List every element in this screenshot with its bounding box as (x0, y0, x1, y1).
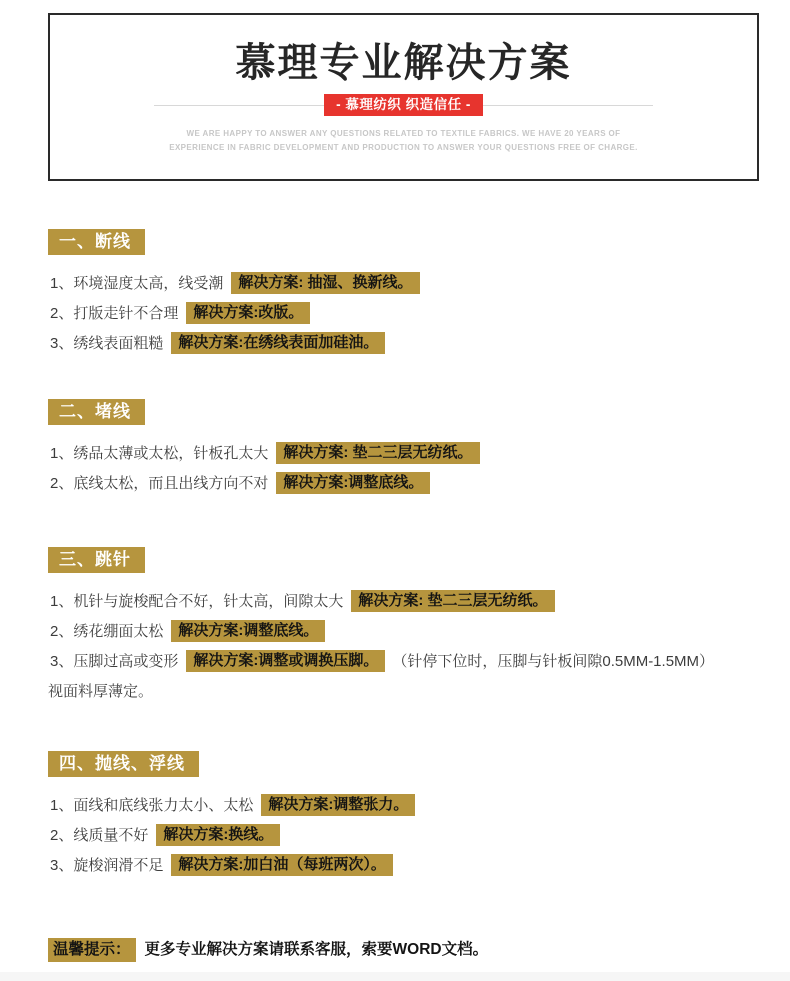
list-item: 3、压脚过高或变形解决方案:调整或调换压脚。（针停下位时，压脚与针板间隙0.5M… (48, 647, 748, 707)
solution-highlight: 解决方案:换线。 (156, 824, 280, 846)
solution-highlight: 解决方案:加白油（每班两次）。 (171, 854, 393, 876)
brand-badge-row: - 慕理纺织 织造信任 - (50, 94, 757, 116)
section-thread-jam: 二、堵线 1、绣品太薄或太松，针板孔太大解决方案: 垫二三层无纺纸。 2、底线太… (48, 399, 748, 499)
section-skipped-stitch: 三、跳针 1、机针与旋梭配合不好，针太高，间隙太大解决方案: 垫二三层无纺纸。 … (48, 547, 748, 707)
section-items-1: 1、环境湿度太高，线受潮解决方案: 抽湿、换新线。 2、打版走针不合理解决方案:… (48, 269, 748, 359)
solution-highlight: 解决方案:改版。 (186, 302, 310, 324)
section-title-1: 一、断线 (48, 229, 145, 255)
intro-line-1: WE ARE HAPPY TO ANSWER ANY QUESTIONS REL… (50, 127, 757, 141)
note-continuation: 视面料厚薄定。 (48, 677, 748, 707)
list-item: 3、旋梭润滑不足解决方案:加白油（每班两次）。 (48, 851, 748, 881)
section-items-2: 1、绣品太薄或太松，针板孔太大解决方案: 垫二三层无纺纸。 2、底线太松，而且出… (48, 439, 748, 499)
list-item: 3、绣线表面粗糙解决方案:在绣线表面加硅油。 (48, 329, 748, 359)
solution-highlight: 解决方案: 抽湿、换新线。 (231, 272, 419, 294)
solution-highlight: 解决方案:调整或调换压脚。 (186, 650, 385, 672)
tip-row: 温馨提示：更多专业解决方案请联系客服，索要WORD文档。 (48, 937, 748, 963)
page-title: 慕理专业解决方案 (50, 41, 757, 85)
solution-highlight: 解决方案: 垫二三层无纺纸。 (276, 442, 479, 464)
main-content: 一、断线 1、环境湿度太高，线受潮解决方案: 抽湿、换新线。 2、打版走针不合理… (48, 181, 748, 963)
list-item: 1、机针与旋梭配合不好，针太高，间隙太大解决方案: 垫二三层无纺纸。 (48, 587, 748, 617)
problem-text: 2、打版走针不合理 (48, 305, 178, 322)
intro-line-2: EXPERIENCE IN FABRIC DEVELOPMENT AND PRO… (50, 141, 757, 155)
section-items-4: 1、面线和底线张力太小、太松解决方案:调整张力。 2、线质量不好解决方案:换线。… (48, 791, 748, 881)
list-item: 2、底线太松，而且出线方向不对解决方案:调整底线。 (48, 469, 748, 499)
problem-text: 3、绣线表面粗糙 (48, 335, 163, 352)
problem-text: 1、环境湿度太高，线受潮 (48, 275, 223, 292)
list-item: 2、绣花绷面太松解决方案:调整底线。 (48, 617, 748, 647)
section-thread-breaking: 一、断线 1、环境湿度太高，线受潮解决方案: 抽湿、换新线。 2、打版走针不合理… (48, 229, 748, 359)
section-items-3: 1、机针与旋梭配合不好，针太高，间隙太大解决方案: 垫二三层无纺纸。 2、绣花绷… (48, 587, 748, 707)
problem-text: 1、面线和底线张力太小、太松 (48, 797, 253, 814)
section-loose-thread: 四、抛线、浮线 1、面线和底线张力太小、太松解决方案:调整张力。 2、线质量不好… (48, 751, 748, 881)
problem-text: 3、压脚过高或变形 (48, 653, 178, 670)
section-title-2: 二、堵线 (48, 399, 145, 425)
solution-highlight: 解决方案: 垫二三层无纺纸。 (351, 590, 554, 612)
solution-highlight: 解决方案:调整底线。 (276, 472, 430, 494)
list-item: 1、绣品太薄或太松，针板孔太大解决方案: 垫二三层无纺纸。 (48, 439, 748, 469)
tip-text: 更多专业解决方案请联系客服，索要WORD文档。 (145, 941, 489, 958)
list-item: 1、环境湿度太高，线受潮解决方案: 抽湿、换新线。 (48, 269, 748, 299)
divider-line-left (154, 105, 324, 106)
list-item: 1、面线和底线张力太小、太松解决方案:调整张力。 (48, 791, 748, 821)
problem-text: 1、绣品太薄或太松，针板孔太大 (48, 445, 268, 462)
problem-text: 3、旋梭润滑不足 (48, 857, 163, 874)
header-card: 慕理专业解决方案 - 慕理纺织 织造信任 - WE ARE HAPPY TO A… (48, 13, 759, 181)
list-item: 2、线质量不好解决方案:换线。 (48, 821, 748, 851)
solution-highlight: 解决方案:调整张力。 (261, 794, 415, 816)
solution-highlight: 解决方案:调整底线。 (171, 620, 325, 642)
divider-line-right (483, 105, 653, 106)
problem-text: 2、底线太松，而且出线方向不对 (48, 475, 268, 492)
note-text: （针停下位时，压脚与针板间隙0.5MM-1.5MM） (392, 653, 714, 670)
list-item: 2、打版走针不合理解决方案:改版。 (48, 299, 748, 329)
problem-text: 2、线质量不好 (48, 827, 148, 844)
footer-strip (0, 972, 790, 981)
brand-badge: - 慕理纺织 织造信任 - (324, 94, 483, 116)
problem-text: 2、绣花绷面太松 (48, 623, 163, 640)
section-title-3: 三、跳针 (48, 547, 145, 573)
tip-label: 温馨提示： (48, 938, 136, 962)
problem-text: 1、机针与旋梭配合不好，针太高，间隙太大 (48, 593, 343, 610)
solution-highlight: 解决方案:在绣线表面加硅油。 (171, 332, 385, 354)
section-title-4: 四、抛线、浮线 (48, 751, 199, 777)
